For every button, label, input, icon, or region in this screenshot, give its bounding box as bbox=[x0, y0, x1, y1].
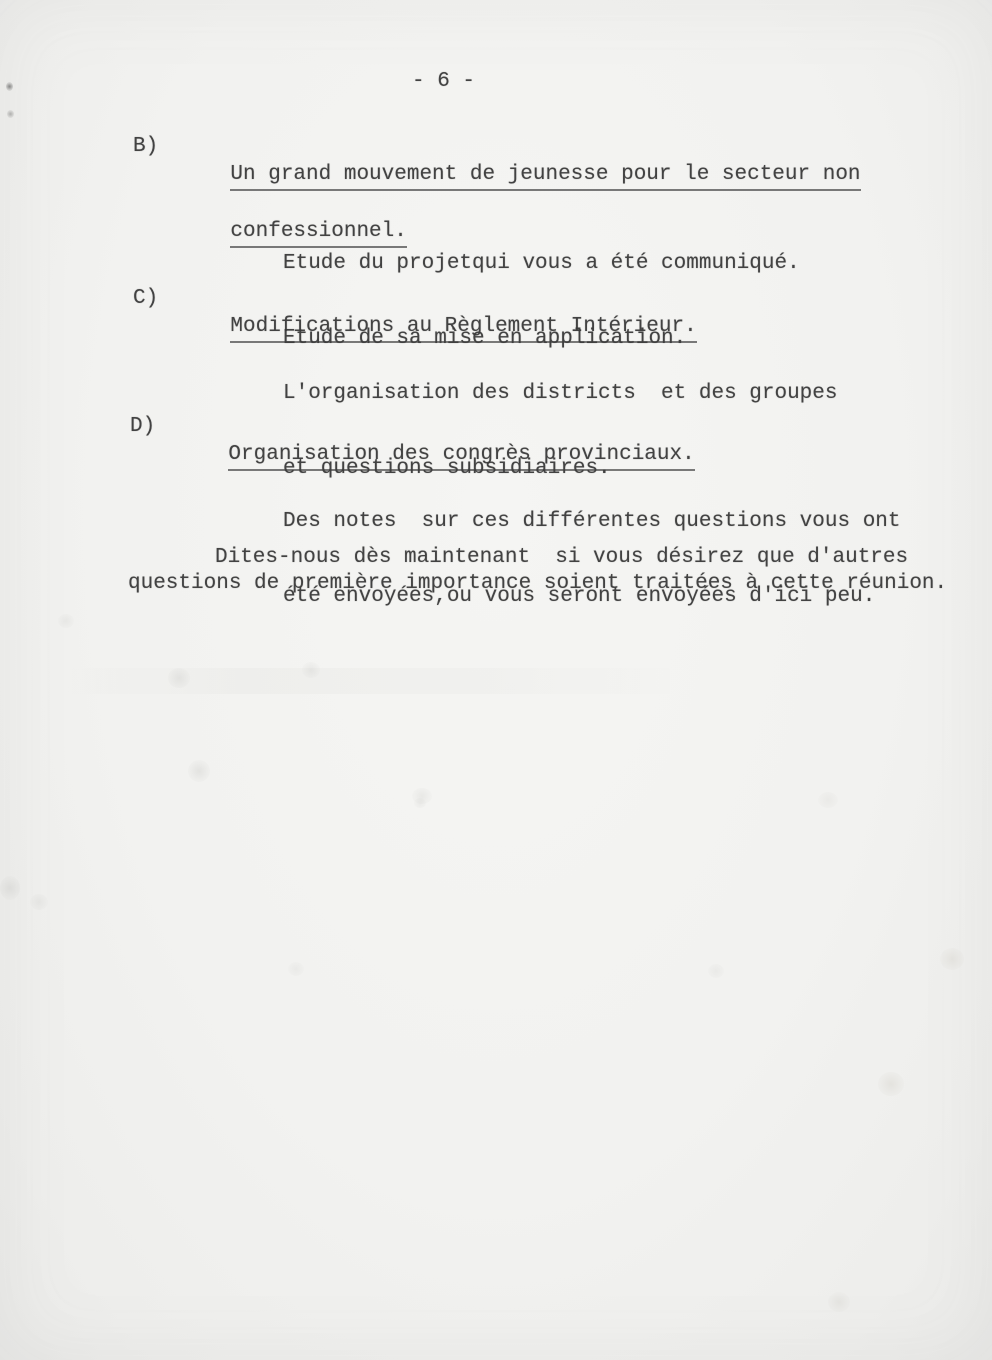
paper-stain bbox=[828, 1292, 850, 1312]
section-c-body-line1: L'organisation des districts et des grou… bbox=[283, 381, 838, 406]
closing-paragraph-line2: questions de première importance soient … bbox=[128, 572, 947, 595]
section-b-label: B) bbox=[133, 134, 158, 160]
closing-paragraph-line1: Dites-nous dès maintenant si vous désire… bbox=[215, 546, 908, 569]
paper-stain bbox=[940, 948, 964, 970]
section-b-title-line1: Un grand mouvement de jeunesse pour le s… bbox=[230, 161, 860, 191]
paper-stain bbox=[708, 964, 724, 978]
section-d-body-line1: Des notes sur ces différentes questions … bbox=[283, 509, 901, 534]
paper-stain bbox=[878, 1072, 904, 1096]
paper-smudge bbox=[60, 668, 680, 694]
ink-speck bbox=[6, 82, 13, 91]
paper-stain bbox=[188, 760, 210, 782]
paper-stain bbox=[414, 798, 426, 808]
document-page: - 6 - B) Un grand mouvement de jeunesse … bbox=[0, 0, 992, 1360]
paper-stain bbox=[818, 792, 838, 808]
paper-stain bbox=[58, 614, 74, 628]
section-d-label: D) bbox=[130, 414, 155, 440]
paper-stain bbox=[0, 876, 20, 900]
section-c-label: C) bbox=[133, 286, 158, 312]
paper-stain bbox=[302, 662, 320, 678]
ink-speck bbox=[7, 110, 14, 118]
paper-stain bbox=[412, 788, 432, 804]
section-b-body-line1: Etude du projetqui vous a été communiqué… bbox=[283, 251, 800, 276]
paper-stain bbox=[288, 962, 304, 976]
paper-stain bbox=[168, 668, 190, 688]
page-number: - 6 - bbox=[412, 70, 475, 93]
paper-stain bbox=[30, 894, 48, 910]
